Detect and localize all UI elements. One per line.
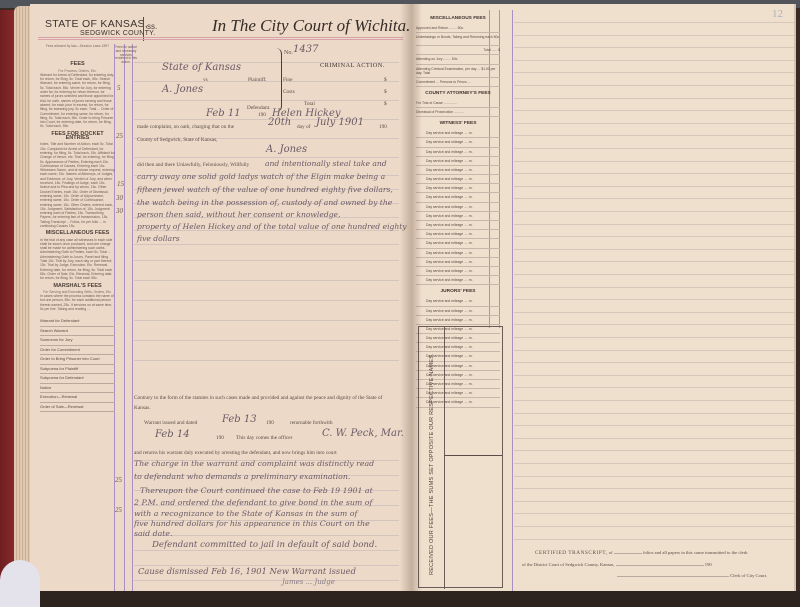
marshal-fee-line: Order to Bring Prisoner into Court [40,355,115,365]
clerk-label: Clerk of City Court. [730,573,767,578]
fee-amount: 30 [116,207,123,215]
charge-line: and intentionally steal take and [265,159,387,168]
ruled-line [514,211,794,212]
juror-fee-row: Day service and mileage .... m. [416,307,500,316]
marshal-fee-line: Subpoena for Defendant [40,374,115,384]
case-number: 1437 [293,44,318,55]
charge-line: fifteen jewel watch of the value of one … [137,185,393,194]
proceedings-line: to defendant who demands a preliminary e… [134,472,350,481]
charge-line: carry away one solid gold ladys watch of… [137,172,385,181]
ruled-line [134,260,399,261]
marshal-fee-amount: 25 [115,476,122,484]
ruled-line [514,186,794,187]
fee-amount: 30 [116,194,123,202]
fine-dollar: $ [384,77,387,83]
ruled-line [514,287,794,288]
defendant-name: A. Jones [162,84,203,95]
fee-amount: 15 [117,180,124,188]
ruled-line [514,513,794,514]
ruled-line [134,340,399,341]
marshal-fee-line: Execution—Renewal [40,393,115,403]
marshal-fee-line: Warrant for Defendant [40,317,115,327]
white-glove [0,560,40,607]
ruled-line [514,387,794,388]
proceedings-line: 2 P.M. and ordered the defendant to give… [134,498,372,507]
ruled-line [134,535,399,536]
ruled-line [514,161,794,162]
case-number-label: No. [284,50,293,56]
marshal-fee-lines: Warrant for Defendant Search Warrant Sum… [40,317,115,412]
county-attorney-fee-row: For Trial of Cause .............. [416,99,500,108]
ruled-line [514,123,794,124]
costs-label: Costs [283,89,295,95]
fee-amount: 5 [117,84,121,92]
officer-line: This day comes the officer [236,435,292,441]
marshal-fees-text: In cases where the process contains the … [40,294,115,311]
ruled-line [514,173,794,174]
witness-fee-rows: Day service and mileage .... m.Day servi… [416,129,500,285]
total-label: Total [304,101,315,107]
fees-title: FEES [40,62,115,66]
witness-fee-row: Day service and mileage .... m. [416,230,500,239]
misc-fee-row: Attending on Jury ........ 50c. [416,55,500,64]
judge-signature: James ... Judge [282,578,335,586]
charge-line: person then said, without her consent or… [137,210,340,219]
warrant-label: Warrant issued and dated [144,420,197,426]
witness-fee-row: Day service and mileage .... m. [416,157,500,166]
action-type: CRIMINAL ACTION. [320,62,385,69]
return-year: 190 [216,435,224,441]
plaintiff-label: Plaintiff. [248,77,267,83]
proceedings-line: The charge in the warrant and complaint … [134,459,374,468]
received-box-divider [444,327,445,589]
total-dollar: $ [384,101,387,107]
returnable-label: returnable forthwith [290,420,333,426]
ruled-line [514,463,794,464]
juror-fee-row: Day service and mileage .... m. [416,297,500,306]
ruled-line [134,300,399,301]
costs-dollar: $ [384,89,387,95]
ruled-line [134,580,399,581]
misc-fee-row: Attending Criminal Examination, per day … [416,65,500,78]
misc-fee-row: Commitment ... Persons to Prison ... [416,78,500,87]
fees-text: Warrant for Arrest of Defendant, for ent… [40,73,115,129]
vs-label: vs [203,77,208,83]
jurors-fees-title: JURORS' FEES [416,289,500,294]
witness-fee-row: Day service and mileage .... m. [416,212,500,221]
court-title: In The City Court of Wichita. [212,16,410,36]
misc-fees-title: MISCELLANEOUS FEES [40,231,115,235]
folios-blank [614,553,642,554]
ruled-line [514,312,794,313]
caption-brace [276,48,282,112]
ruled-line [514,350,794,351]
witness-fee-row: Day service and mileage .... m. [416,239,500,248]
ruled-line [134,280,399,281]
left-fee-schedule: Fees allowed by law—Session Laws 1897 FE… [40,44,115,589]
warrant-date: Feb 13 [222,414,257,425]
ruled-line [514,85,794,86]
certified-transcript-line: CERTIFIED TRANSCRIPT, of folios and all … [535,550,748,556]
witness-fee-row: Day service and mileage .... m. [416,221,500,230]
fee-column-line [512,10,513,592]
fee-amount: 25 [116,132,123,140]
witness-fee-row: Day service and mileage .... m. [416,184,500,193]
docket-fees-text: Index, Title and Number of Action, each … [40,142,115,228]
misc-fee-row: Approved and Return ........ 50c. [416,24,500,33]
witness-fee-row: Day service and mileage .... m. [416,276,500,285]
offense-month: July 1901 [316,117,364,128]
proceedings-line: with a recognizance to the State of Kans… [134,509,357,518]
fine-label: Fine [283,77,292,83]
marshal-fee-line: Order of Sale—Renewal [40,403,115,413]
received-fees-text: RECEIVED OUR FEES—THE SUMS SET OPPOSITE … [429,353,435,575]
plaintiff-name: State of Kansas [162,62,241,73]
fee-column-line [132,44,133,592]
header-state: STATE OF KANSAS, [45,18,148,30]
ruled-line [514,249,794,250]
complaint-year: 190 [258,112,266,118]
offense-day: 20th [268,117,291,128]
charge-line: the watch being in the possession of, cu… [137,198,392,207]
witness-fee-row: Day service and mileage .... m. [416,175,500,184]
witness-fee-row: Day service and mileage .... m. [416,249,500,258]
folios-text: folios and all papers in this cause tran… [643,550,748,555]
ruled-line [134,157,399,158]
ruled-line [514,362,794,363]
witness-fees-title: WITNESS' FEES [416,121,500,126]
complaint-line: made complaint, on oath, charging that o… [137,124,234,130]
certification-year: 190 [705,562,712,567]
witness-fee-row: Day service and mileage .... m. [416,193,500,202]
charge-line: five dollars [137,234,180,243]
dismissed-note: Cause dismissed Feb 16, 1901 New Warrant… [138,566,356,576]
ruled-line [134,320,399,321]
witness-fee-row: Day service and mileage .... m. [416,267,500,276]
fees-allowed-note: Fees allowed by law—Session Laws 1897 [40,44,115,48]
county-attorney-fees-title: COUNTY ATTORNEY'S FEES [416,91,500,96]
marshal-fee-line: Order for Commitment [40,346,115,356]
proceedings-line: five hundred dollars for his appearance … [134,519,370,528]
marshal-fee-amount: 25 [115,506,122,514]
did-then-line: did then and there Unlawfully, Felonious… [137,162,249,168]
witness-fee-row: Day service and mileage .... m. [416,148,500,157]
misc-fees-text: In the trial of any case all witnesses i… [40,238,115,281]
ruled-line [514,413,794,414]
ruled-line [514,224,794,225]
header-ss: ss. [147,22,157,31]
witness-fee-row: Day service and mileage .... m. [416,203,500,212]
misc-fee-row: Undertakings or Bonds, Taking and Return… [416,33,500,46]
marshal-fee-line: Summons for Jury [40,336,115,346]
misc-fees-title: MISCELLANEOUS FEES [416,16,500,21]
ruled-line [514,98,794,99]
ruled-line [514,425,794,426]
ruled-line [514,337,794,338]
header-rule [38,37,403,40]
ruled-line [514,148,794,149]
docket-fees-title: FEES FOR DOCKET ENTRIES [40,132,115,141]
returns-line: and returns his warrant duly executed by… [134,450,337,456]
ruled-line [514,60,794,61]
marshal-fees-title: MARSHAL'S FEES [40,284,115,288]
ruled-line [514,274,794,275]
charge-line: property of Helen Hickey and of the tota… [137,222,407,231]
certified-of-label: of [609,550,613,555]
ruled-line [514,135,794,136]
county-attorney-fee-row: Dismissal of Prosecution .......... [416,108,500,117]
witness-fee-row: Day service and mileage .... m. [416,138,500,147]
ruled-line [514,476,794,477]
marshal-fee-line: Notice [40,384,115,394]
clerk-line: Clerk of City Court. [617,573,767,578]
district-court-line: of the District Court of Sedgwick County… [522,562,712,567]
offense-year-label: 190 [379,124,387,130]
witness-fee-row: Day service and mileage .... m. [416,166,500,175]
ruled-line [514,400,794,401]
committed-note: Defendant committed to jail in default o… [152,540,377,550]
contrary-to-statute: Contrary to the form of the statutes in … [134,393,399,413]
misc-fee-row: Total ...... $ [416,46,500,55]
marshal-fee-line: Subpoena for Plaintiff [40,365,115,375]
ruled-line [514,324,794,325]
witness-fee-row: Day service and mileage .... m. [416,258,500,267]
accused-name: A. Jones [266,144,307,155]
ruled-line [514,35,794,36]
return-date: Feb 14 [155,429,190,440]
fee-column-line [124,44,125,592]
ruled-line [514,299,794,300]
defendant-label: Defendant. [247,105,270,111]
marshal-fee-line: Search Warrant [40,327,115,337]
ruled-line [514,375,794,376]
ruled-line [514,110,794,111]
ruled-line [134,360,399,361]
background-bottom [0,591,800,607]
certified-transcript-title: CERTIFIED TRANSCRIPT, [535,550,608,556]
juror-fee-row: Day service and mileage .... m. [416,316,500,325]
ruled-line [514,261,794,262]
ruled-line [514,438,794,439]
ruled-line [514,539,794,540]
ruled-line [134,244,399,245]
received-fees-box: RECEIVED OUR FEES—THE SUMS SET OPPOSITE … [418,326,503,588]
clerk-signature-blank [617,576,729,577]
proceedings-line: Thereupon the Court continued the case t… [140,486,373,495]
ledger-book: STATE OF KANSAS, SEDGWICK COUNTY. ss. In… [0,0,800,607]
page-number: 12 [772,8,783,20]
county-line: County of Sedgwick, State of Kansas, [137,137,217,143]
ruled-line [514,501,794,502]
received-signature-divider [444,455,502,456]
ruled-line [514,236,794,237]
ruled-line [514,198,794,199]
date-blank [616,565,704,566]
ruled-line [134,100,399,101]
district-court-text: of the District Court of Sedgwick County… [522,562,614,567]
ruled-line [514,488,794,489]
ruled-line [514,47,794,48]
ruled-line [514,72,794,73]
ruled-line [514,526,794,527]
ruled-line [134,550,399,551]
warrant-year: 190 [266,420,274,426]
ruled-line [514,22,794,23]
complaint-date: Feb 11 [206,108,241,119]
officer-name: C. W. Peck, Mar. [322,428,404,439]
proceedings-line: said date. [134,529,172,538]
witness-fee-row: Day service and mileage .... m. [416,129,500,138]
day-of-label: day of [297,124,310,130]
ruled-line [514,450,794,451]
